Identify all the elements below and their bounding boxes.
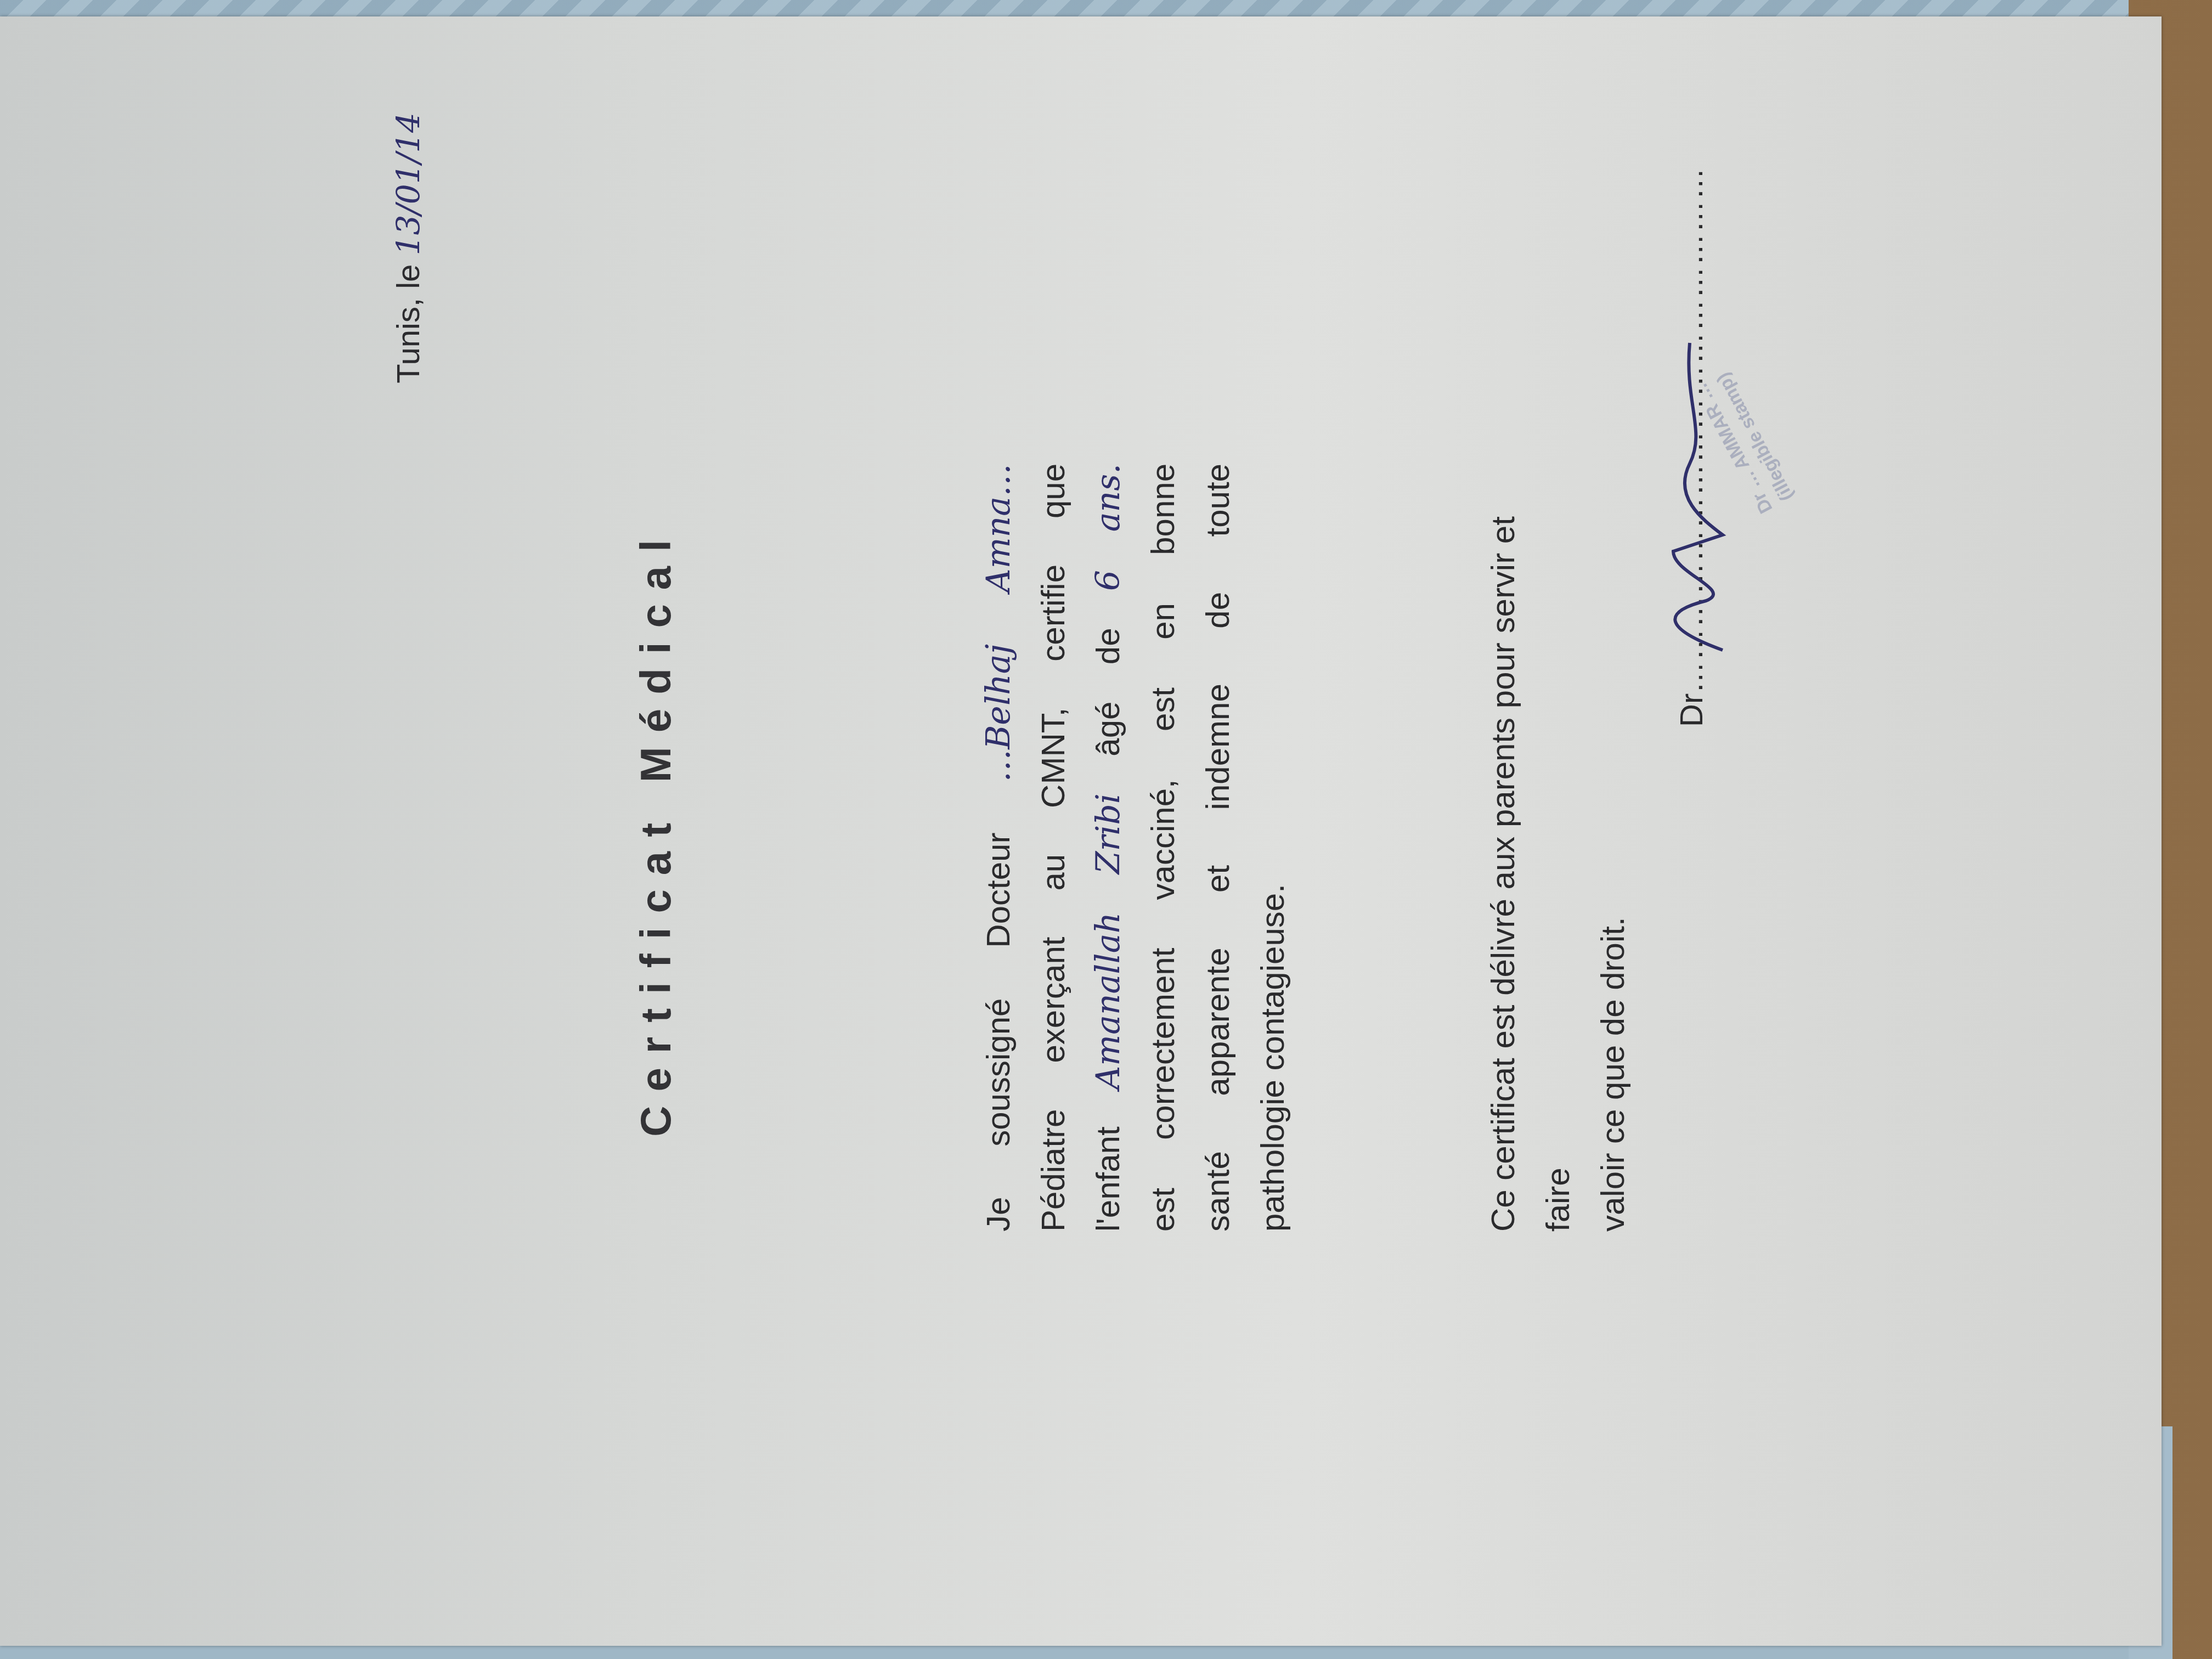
- body-word: apparente: [1199, 947, 1236, 1096]
- body-word: correctement: [1144, 948, 1181, 1140]
- body-word: est: [1144, 1188, 1181, 1232]
- certificate-page: Tunis, le 13/01/14 Certificat Médical Je…: [38, 36, 2123, 1627]
- body-word: soussigné: [980, 998, 1017, 1147]
- body-word: au: [1035, 854, 1071, 891]
- body-line: santé apparente et indemne de toute: [1190, 464, 1245, 1232]
- body-word: vacciné,: [1144, 779, 1181, 900]
- handwritten-field: Amanallah Zribi: [1089, 793, 1127, 1090]
- closing-statement: Ce certificat est délivré aux parents po…: [1476, 453, 1640, 1232]
- body-word: pathologie: [1254, 1080, 1291, 1232]
- body-word: de: [1199, 592, 1236, 629]
- body-word: santé: [1199, 1151, 1236, 1232]
- date-handwritten: 13/01/14: [390, 112, 427, 256]
- body-word: CMNT,: [1035, 708, 1071, 808]
- certificate-sheet: Tunis, le 13/01/14 Certificat Médical Je…: [0, 16, 2162, 1646]
- date-prefix: Tunis, le: [391, 264, 426, 383]
- body-word: Docteur: [980, 833, 1017, 948]
- body-word: toute: [1199, 464, 1236, 537]
- body-word: exerçant: [1035, 936, 1071, 1063]
- body-word: Je: [980, 1197, 1017, 1232]
- body-word: est: [1144, 687, 1181, 731]
- body-word: l'enfant: [1090, 1126, 1126, 1232]
- body-word: de: [1090, 628, 1126, 664]
- closing-line: Ce certificat est délivré aux parents po…: [1476, 453, 1585, 1232]
- body-word: indemne: [1199, 684, 1236, 810]
- body-word: contagieuse.: [1254, 884, 1291, 1070]
- body-line: est correctement vacciné, est en bonne: [1136, 464, 1190, 1232]
- body-word: que: [1035, 464, 1071, 518]
- document-title: Certificat Médical: [631, 36, 681, 1627]
- date-line: Tunis, le 13/01/14: [390, 112, 427, 383]
- handwritten-field: 6 ans.: [1089, 464, 1127, 591]
- body-word: certifie: [1035, 565, 1071, 662]
- handwritten-field: …Belhaj Amna…: [979, 464, 1018, 782]
- body-line: pathologie contagieuse.: [1245, 464, 1300, 1232]
- body-word: âgé: [1090, 702, 1126, 757]
- closing-line: valoir ce que de droit.: [1585, 453, 1640, 1232]
- certificate-content: Tunis, le 13/01/14 Certificat Médical Je…: [38, 36, 2123, 1627]
- body-line: l'enfant Amanallah Zribi âgé de 6 ans.: [1081, 464, 1136, 1232]
- certificate-body: Je soussigné Docteur …Belhaj Amna…Pédiat…: [971, 464, 1300, 1232]
- body-word: en: [1144, 603, 1181, 640]
- body-word: Pédiatre: [1035, 1109, 1071, 1232]
- body-line: Je soussigné Docteur …Belhaj Amna…: [971, 464, 1026, 1232]
- body-word: et: [1199, 865, 1236, 893]
- signature-block: Dr………………………………………… Dr … AMMAR … (illegib…: [1673, 167, 1710, 727]
- body-line: Pédiatre exerçant au CMNT, certifie que: [1026, 464, 1081, 1232]
- signature-prefix: Dr: [1674, 693, 1709, 727]
- body-word: bonne: [1144, 464, 1181, 555]
